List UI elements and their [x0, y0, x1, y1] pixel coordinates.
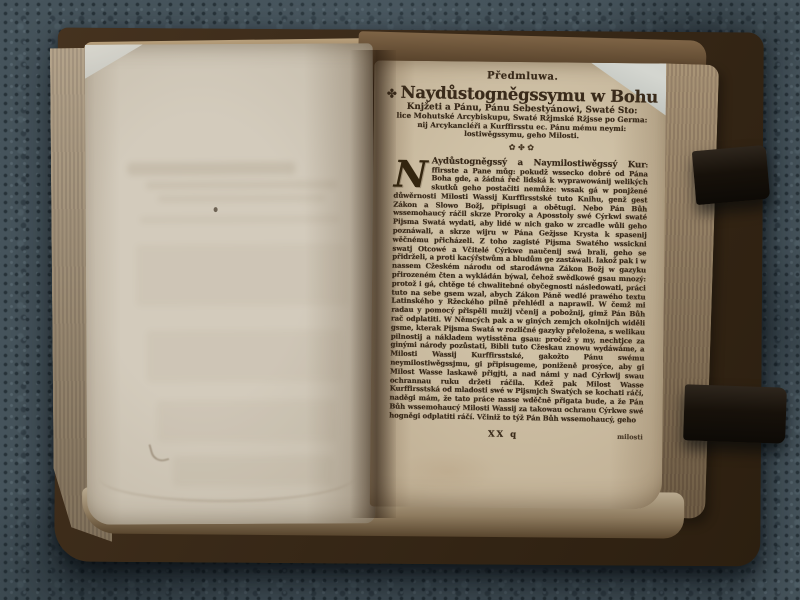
- left-page-corner-patch: [85, 44, 143, 78]
- preface-text: ffirsste a Pane můg: pokudž wssecko dobr…: [389, 165, 648, 424]
- catchword: milosti: [617, 433, 643, 441]
- showthrough-text: [158, 194, 326, 202]
- hyphen: :: [646, 160, 649, 169]
- quire-signature: XX q: [488, 429, 518, 440]
- showthrough-text: [145, 180, 337, 189]
- left-page: [85, 43, 376, 525]
- foxing-stain: [400, 449, 496, 494]
- ink-speck: [214, 207, 218, 212]
- showthrough-text: [140, 215, 340, 223]
- showthrough-text: [157, 399, 337, 442]
- leather-clasp-strap-top: [692, 145, 770, 205]
- leather-clasp-strap-bottom: [683, 384, 787, 444]
- showthrough-text: [136, 243, 348, 306]
- photo-of-open-book: Předmluwa. ✤ Naydůstogněgssymu w Bohu Kn…: [0, 0, 800, 600]
- showthrough-text: [146, 329, 342, 382]
- preface-body: NAydůstogněgssý a Naymilostiwěgssý Kur: …: [389, 156, 648, 425]
- right-page: Předmluwa. ✤ Naydůstogněgssymu w Bohu Kn…: [370, 60, 667, 509]
- floral-ornament-icon: ✤: [387, 86, 397, 100]
- spacer: [518, 437, 617, 439]
- page-crease: [99, 451, 355, 502]
- drop-cap-initial: N: [394, 158, 428, 189]
- spacer: [389, 434, 488, 436]
- printed-text-block: Předmluwa. ✤ Naydůstogněgssymu w Bohu Kn…: [389, 69, 650, 442]
- dedication-lines: Knjžeti a Pánu, Pánu Sebestyánowi, Swaté…: [395, 102, 650, 143]
- signature-row: XX q milosti: [389, 427, 643, 442]
- ornament-row-icon: ✿ ✤ ✿: [394, 140, 648, 154]
- showthrough-text: [127, 162, 295, 176]
